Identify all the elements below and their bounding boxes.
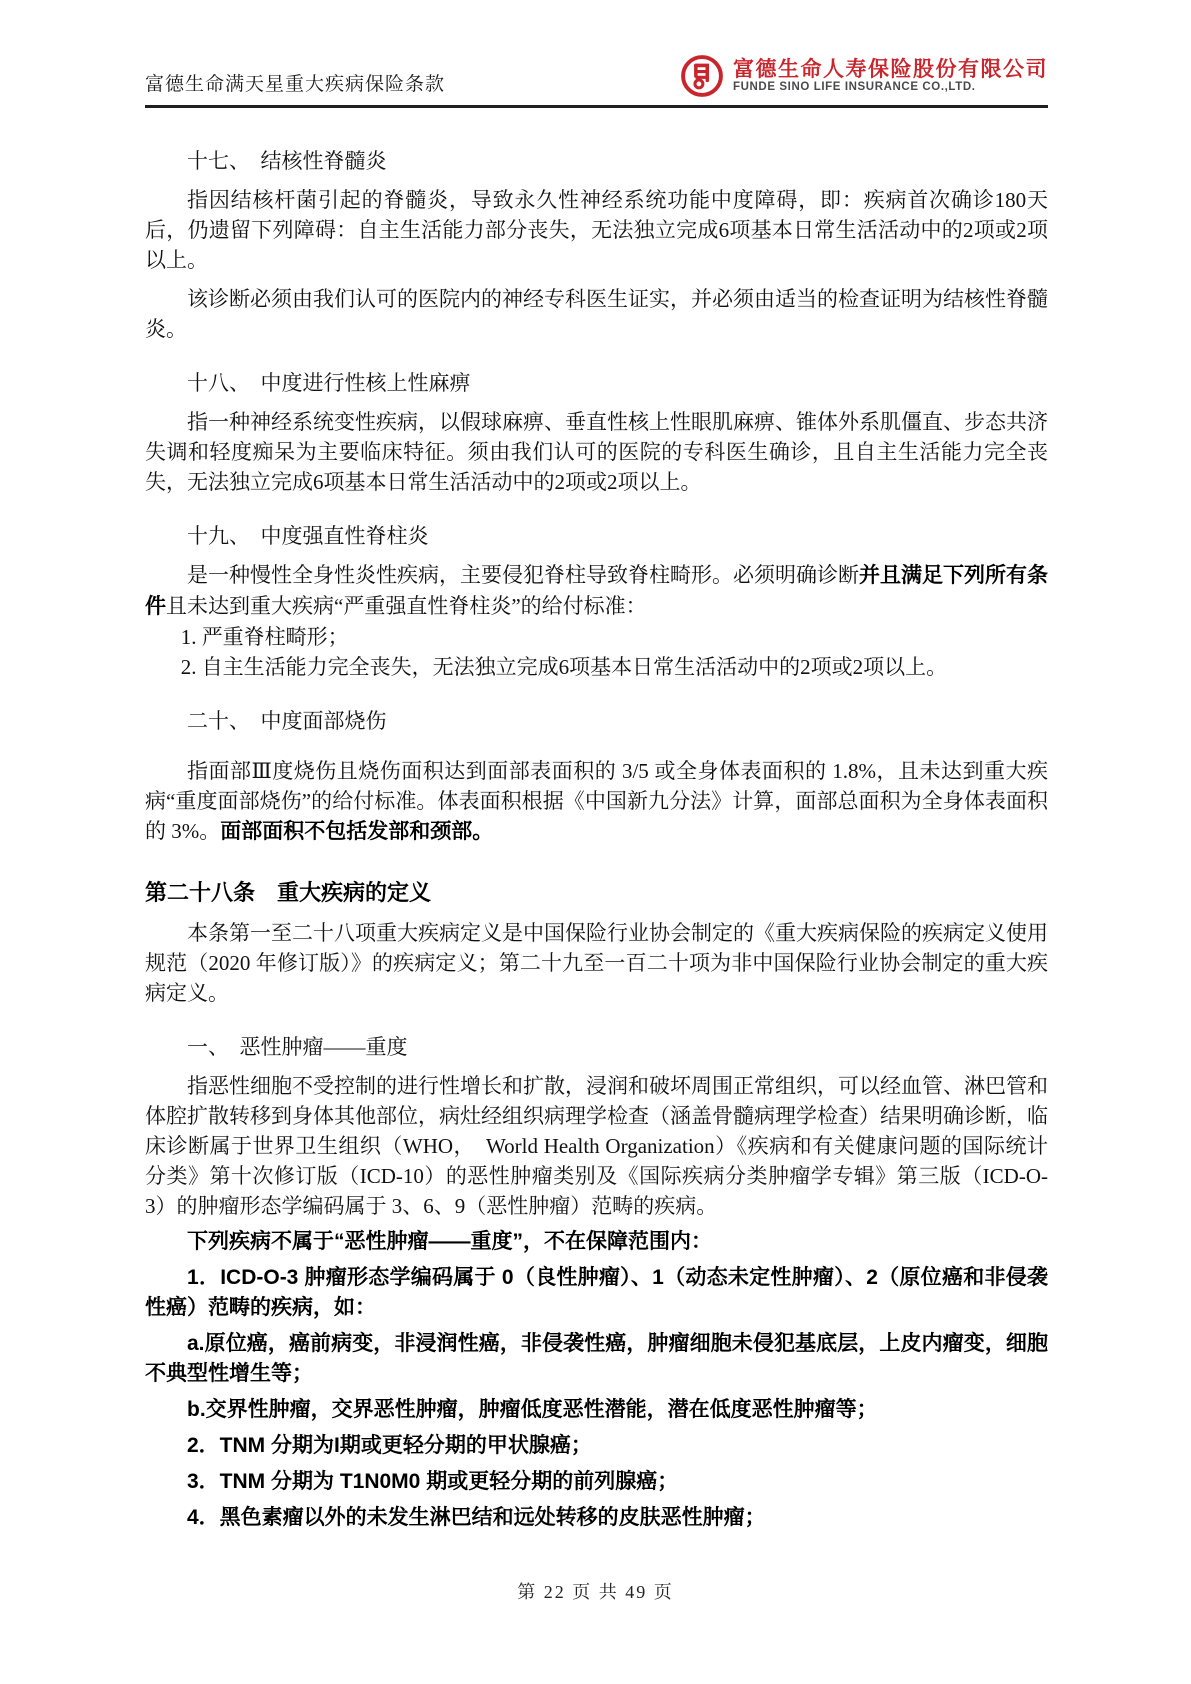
section-19-para-1: 是一种慢性全身性炎性疾病，主要侵犯脊柱导致脊柱畸形。必须明确诊断并且满足下列所有… xyxy=(145,560,1048,622)
document-title: 富德生命满天星重大疾病保险条款 xyxy=(145,69,445,98)
definition-1-heading: 一、 恶性肿瘤——重度 xyxy=(145,1032,1048,1062)
section-20-heading: 二十、 中度面部烧伤 xyxy=(145,706,1048,736)
section-20-para-1: 指面部Ⅲ度烧伤且烧伤面积达到面部表面积的 3/5 或全身体表面积的 1.8%，且… xyxy=(145,756,1048,847)
footer-page-number: 第 22 页 共 49 页 xyxy=(0,1578,1191,1604)
section-18-para-1: 指一种神经系统变性疾病，以假球麻痹、垂直性核上性眼肌麻痹、锥体外系肌僵直、步态共… xyxy=(145,407,1048,497)
document-page: 富德生命满天星重大疾病保险条款 富德生命人寿保险股份有限公司 FUNDE SIN… xyxy=(0,0,1191,1684)
document-body: 十七、 结核性脊髓炎 指因结核杆菌引起的脊髓炎，导致永久性神经系统功能中度障碍，… xyxy=(145,122,1048,1533)
funde-logo: 富德生命人寿保险股份有限公司 FUNDE SINO LIFE INSURANCE… xyxy=(680,54,1048,98)
definition-1-para-1: 指恶性细胞不受控制的进行性增长和扩散，浸润和破坏周围正常组织，可以经血管、淋巴管… xyxy=(145,1071,1048,1221)
page-header: 富德生命满天星重大疾病保险条款 富德生命人寿保险股份有限公司 FUNDE SIN… xyxy=(145,54,1048,108)
company-name-en: FUNDE SINO LIFE INSURANCE CO.,LTD. xyxy=(733,81,1048,94)
article-28-heading: 第二十八条 重大疾病的定义 xyxy=(145,877,1048,909)
section-19-para-1-text: 是一种慢性全身性炎性疾病，主要侵犯脊柱导致脊柱畸形。必须明确诊断 xyxy=(187,563,859,587)
section-17-para-1: 指因结核杆菌引起的脊髓炎，导致永久性神经系统功能中度障碍，即：疾病首次确诊180… xyxy=(145,185,1048,275)
section-19-list-item-1: 1. 严重脊柱畸形； xyxy=(145,622,1048,652)
company-name-cn: 富德生命人寿保险股份有限公司 xyxy=(733,57,1048,81)
section-19-list-item-2: 2. 自主生活能力完全丧失，无法独立完成6项基本日常生活活动中的2项或2项以上。 xyxy=(145,652,1048,682)
funde-logo-icon xyxy=(680,54,724,98)
exclusion-item-1b: b.交界性肿瘤，交界恶性肿瘤，肿瘤低度恶性潜能，潜在低度恶性肿瘤等； xyxy=(145,1395,1048,1425)
section-19-para-1-text-2: 且未达到重大疾病“严重强直性脊柱炎”的给付标准： xyxy=(166,594,647,618)
exclusion-item-2: 2．TNM 分期为I期或更轻分期的甲状腺癌； xyxy=(145,1431,1048,1461)
section-18-heading: 十八、 中度进行性核上性麻痹 xyxy=(145,368,1048,398)
section-17-heading: 十七、 结核性脊髓炎 xyxy=(145,146,1048,176)
section-17-para-2: 该诊断必须由我们认可的医院内的神经专科医生证实，并必须由适当的检查证明为结核性脊… xyxy=(145,284,1048,344)
exclusion-item-4: 4．黑色素瘤以外的未发生淋巴结和远处转移的皮肤恶性肿瘤； xyxy=(145,1503,1048,1533)
section-19-heading: 十九、 中度强直性脊柱炎 xyxy=(145,521,1048,551)
exclusion-item-1a: a.原位癌，癌前病变，非浸润性癌，非侵袭性癌，肿瘤细胞未侵犯基底层，上皮内瘤变，… xyxy=(145,1329,1048,1389)
article-28-para-1: 本条第一至二十八项重大疾病定义是中国保险行业协会制定的《重大疾病保险的疾病定义使… xyxy=(145,918,1048,1008)
exclusion-title: 下列疾病不属于“恶性肿瘤——重度”，不在保障范围内： xyxy=(145,1227,1048,1257)
section-20-para-1-bold: 面部面积不包括发部和颈部。 xyxy=(220,820,493,843)
logo-text-block: 富德生命人寿保险股份有限公司 FUNDE SINO LIFE INSURANCE… xyxy=(733,57,1048,94)
exclusion-item-1: 1．ICD-O-3 肿瘤形态学编码属于 0（良性肿瘤）、1（动态未定性肿瘤）、2… xyxy=(145,1263,1048,1323)
exclusion-item-3: 3．TNM 分期为 T1N0M0 期或更轻分期的前列腺癌； xyxy=(145,1467,1048,1497)
